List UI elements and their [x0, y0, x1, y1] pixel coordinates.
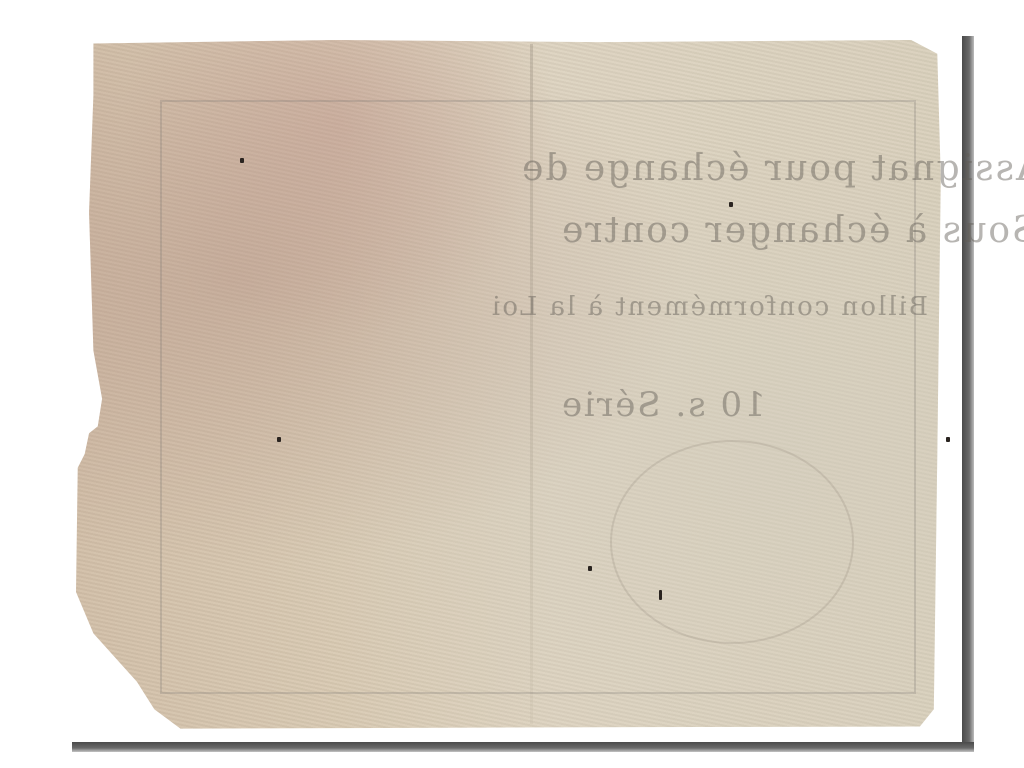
paper-speck [729, 202, 733, 207]
paper-speck [240, 158, 244, 163]
frame-shadow-right [962, 36, 974, 748]
mirrored-text-line-4: 10 s. Série [560, 385, 766, 425]
paper-speck [277, 437, 281, 442]
dry-seal-impression [610, 440, 854, 644]
mirrored-text-line-2: Dix Sous à échanger contre [560, 210, 1024, 251]
paper-speck [946, 437, 950, 442]
mirrored-text-line-1: Assignat pour échange de [520, 148, 1024, 189]
mirrored-text-line-3: Billon conformément à la Loi [490, 292, 928, 322]
paper-speck [588, 566, 592, 571]
paper-speck [659, 590, 662, 600]
frame-shadow-bottom [72, 742, 974, 752]
